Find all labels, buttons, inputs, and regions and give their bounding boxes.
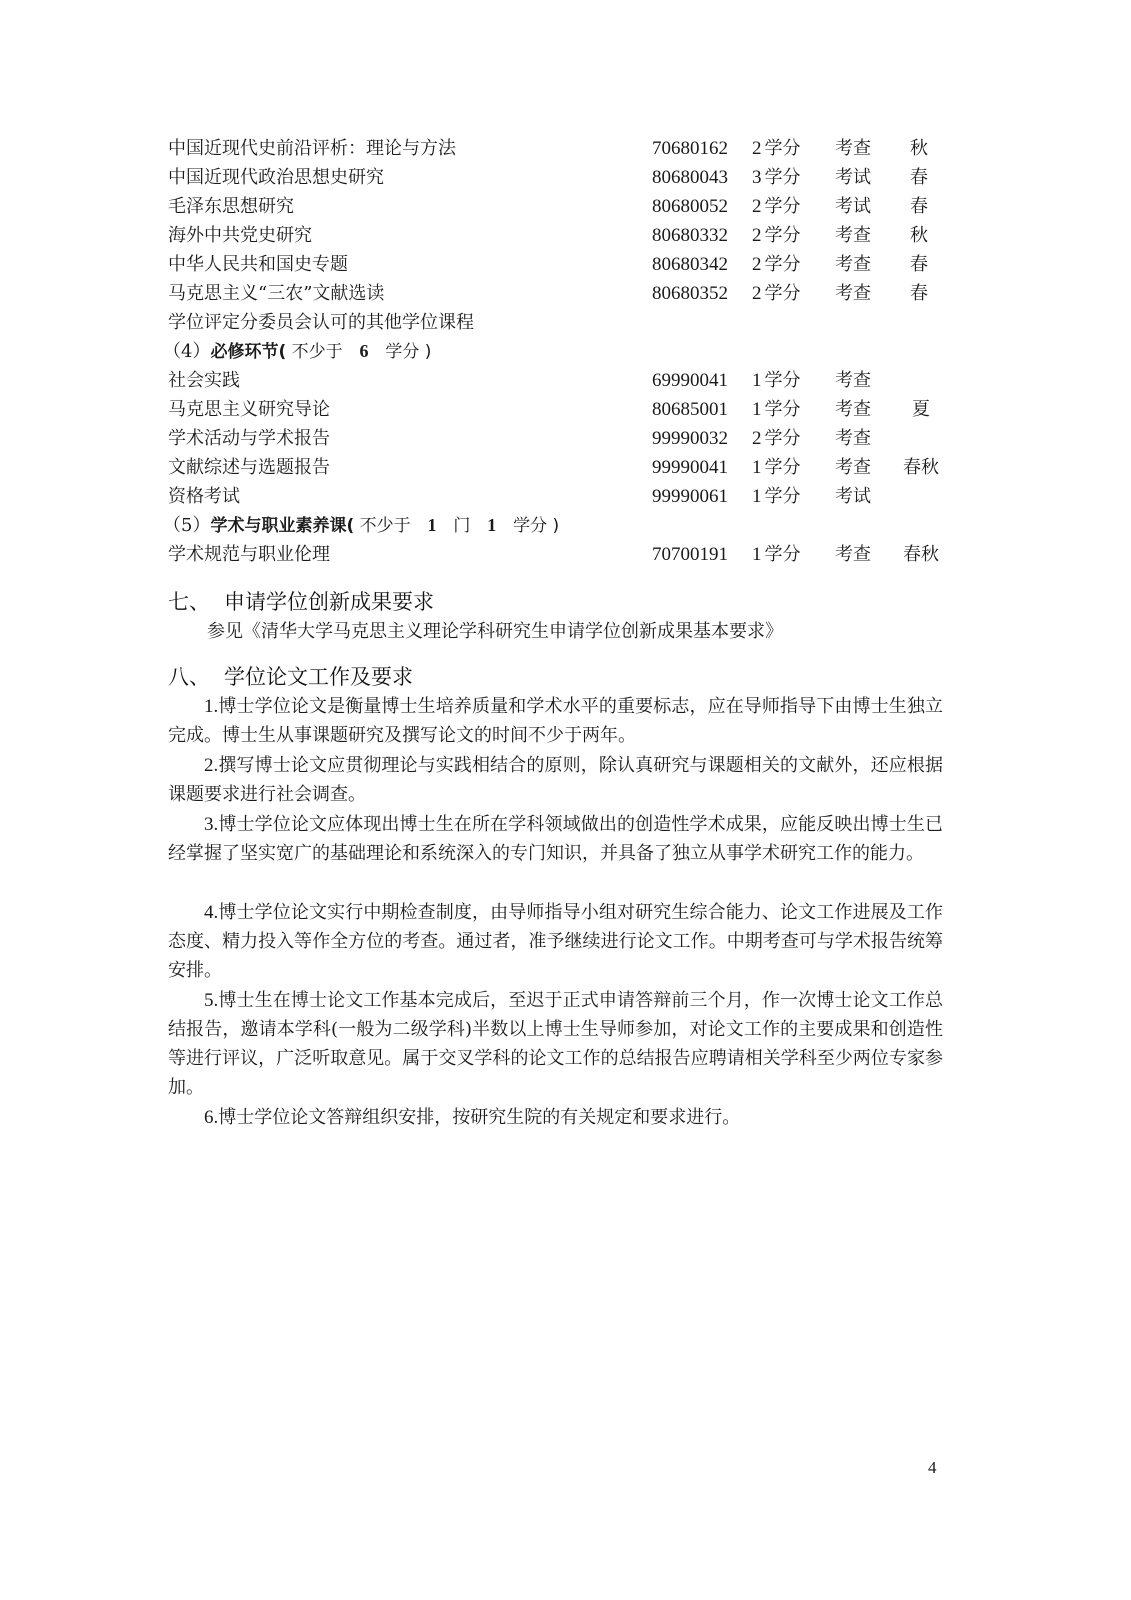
course-credits: 1学分 — [752, 482, 801, 511]
course-row: 学术活动与学术报告 99990032 2学分 考查 — [168, 424, 948, 453]
course-name: 毛泽东思想研究 — [168, 192, 294, 221]
course-credits: 2学分 — [752, 192, 801, 221]
course-season: 春秋 — [903, 453, 939, 482]
paragraph-5: 5.博士生在博士论文工作基本完成后，至迟于正式申请答辩前三个月，作一次博士论文工… — [168, 986, 943, 1102]
page-number: 4 — [928, 1458, 937, 1478]
course-exam-type: 考查 — [835, 134, 871, 163]
course-code: 99990041 — [652, 453, 728, 482]
credits-unit: 学分 — [765, 544, 801, 565]
course-code: 70700191 — [652, 540, 728, 569]
credits-unit: 学分 — [765, 196, 801, 217]
subsection-title: 学术与职业素养课( — [210, 516, 354, 536]
credits-unit: 学分 — [765, 138, 801, 159]
course-exam-type: 考查 — [835, 250, 871, 279]
paragraph-text: 博士学位论文是衡量博士生培养质量和学术水平的重要标志，应在导师指导下由博士生独立… — [168, 696, 943, 746]
course-code: 80685001 — [652, 395, 728, 424]
course-credits: 2学分 — [752, 134, 801, 163]
course-name: 中国近现代政治思想史研究 — [168, 163, 384, 192]
subsection-credit-number: 6 — [360, 341, 369, 361]
section-number: 七、 — [168, 590, 210, 614]
course-name: 社会实践 — [168, 366, 240, 395]
paragraph-4: 4.博士学位论文实行中期检查制度，由导师指导小组对研究生综合能力、论文工作进展及… — [168, 898, 943, 985]
credits-number: 2 — [752, 254, 762, 275]
subsection-unit: 学分 ) — [380, 342, 431, 362]
subsection-heading-4: （4）必修环节( 不少于 6 学分 ) — [163, 337, 431, 366]
course-row: 中国近现代政治思想史研究 80680043 3学分 考试 春 — [168, 163, 948, 192]
section-number: 八、 — [168, 665, 210, 689]
course-credits: 3学分 — [752, 163, 801, 192]
course-season: 夏 — [912, 395, 930, 424]
course-code: 70680162 — [652, 134, 728, 163]
paragraph-number: 3. — [204, 814, 218, 835]
subsection-course-count: 1 — [428, 515, 437, 535]
credits-number: 1 — [752, 457, 762, 478]
credits-unit: 学分 — [765, 457, 801, 478]
credits-number: 2 — [752, 283, 762, 304]
course-name: 学位评定分委员会认可的其他学位课程 — [168, 308, 474, 337]
paragraph-text: 博士学位论文应体现出博士生在所在学科领域做出的创造性学术成果，应能反映出博士生已… — [168, 814, 943, 864]
course-name: 海外中共党史研究 — [168, 221, 312, 250]
course-credits: 1学分 — [752, 366, 801, 395]
section-title: 学位论文工作及要求 — [224, 665, 413, 689]
course-credits: 2学分 — [752, 424, 801, 453]
course-row: 海外中共党史研究 80680332 2学分 考查 秋 — [168, 221, 948, 250]
course-row: 毛泽东思想研究 80680052 2学分 考试 春 — [168, 192, 948, 221]
course-exam-type: 考试 — [835, 163, 871, 192]
credits-number: 1 — [752, 544, 762, 565]
course-season: 春 — [910, 250, 928, 279]
section-7-reference: 参见《清华大学马克思主义理论学科研究生申请学位创新成果基本要求》 — [207, 617, 783, 646]
course-credits: 2学分 — [752, 221, 801, 250]
paragraph-number: 5. — [204, 990, 218, 1011]
course-code: 69990041 — [652, 366, 728, 395]
subsection-course-unit: 门 — [448, 516, 476, 536]
course-row: 文献综述与选题报告 99990041 1学分 考查 春秋 — [168, 453, 948, 482]
course-name: 马克思主义“三农”文献选读 — [168, 279, 384, 308]
paragraph-number: 1. — [204, 696, 218, 717]
subsection-number: （5） — [163, 515, 210, 536]
paragraph-text: 博士学位论文答辩组织安排，按研究生院的有关规定和要求进行。 — [218, 1107, 740, 1128]
paragraph-text: 博士学位论文实行中期检查制度，由导师指导小组对研究生综合能力、论文工作进展及工作… — [168, 902, 943, 981]
course-credits: 1学分 — [752, 453, 801, 482]
course-exam-type: 考查 — [835, 395, 871, 424]
course-name: 学术规范与职业伦理 — [168, 540, 330, 569]
course-name: 马克思主义研究导论 — [168, 395, 330, 424]
credits-unit: 学分 — [765, 370, 801, 391]
course-row-other: 学位评定分委员会认可的其他学位课程 — [168, 308, 948, 337]
course-row: 中华人民共和国史专题 80680342 2学分 考查 春 — [168, 250, 948, 279]
credits-number: 1 — [752, 486, 762, 507]
subsection-credit-number: 1 — [487, 515, 496, 535]
subsection-heading-5: （5）学术与职业素养课( 不少于 1 门 1 学分 ) — [163, 511, 559, 540]
course-code: 99990061 — [652, 482, 728, 511]
course-exam-type: 考查 — [835, 540, 871, 569]
course-row: 社会实践 69990041 1学分 考查 — [168, 366, 948, 395]
course-exam-type: 考试 — [835, 192, 871, 221]
course-season: 秋 — [910, 134, 928, 163]
course-season: 春 — [910, 279, 928, 308]
course-season: 春秋 — [903, 540, 939, 569]
course-season: 春 — [910, 192, 928, 221]
course-credits: 2学分 — [752, 279, 801, 308]
credits-number: 2 — [752, 225, 762, 246]
course-name: 中华人民共和国史专题 — [168, 250, 348, 279]
credits-number: 2 — [752, 196, 762, 217]
course-row: 中国近现代史前沿评析：理论与方法 70680162 2学分 考查 秋 — [168, 134, 948, 163]
section-heading-7: 七、申请学位创新成果要求 — [168, 587, 434, 617]
credits-number: 3 — [752, 167, 762, 188]
course-name: 文献综述与选题报告 — [168, 453, 330, 482]
course-name: 中国近现代史前沿评析：理论与方法 — [168, 134, 456, 163]
credits-unit: 学分 — [765, 428, 801, 449]
course-code: 80680052 — [652, 192, 728, 221]
course-exam-type: 考查 — [835, 279, 871, 308]
document-page: 中国近现代史前沿评析：理论与方法 70680162 2学分 考查 秋 中国近现代… — [0, 0, 1131, 1600]
section-title: 申请学位创新成果要求 — [224, 590, 434, 614]
paragraph-3: 3.博士学位论文应体现出博士生在所在学科领域做出的创造性学术成果，应能反映出博士… — [168, 810, 943, 868]
course-code: 80680332 — [652, 221, 728, 250]
section-heading-8: 八、学位论文工作及要求 — [168, 662, 413, 692]
course-credits: 1学分 — [752, 540, 801, 569]
course-code: 80680043 — [652, 163, 728, 192]
credits-number: 1 — [752, 399, 762, 420]
paragraph-number: 4. — [204, 902, 218, 923]
subsection-unit: 学分 ) — [508, 516, 559, 536]
course-code: 99990032 — [652, 424, 728, 453]
course-season: 秋 — [910, 221, 928, 250]
course-name: 学术活动与学术报告 — [168, 424, 330, 453]
paragraph-text: 撰写博士论文应贯彻理论与实践相结合的原则，除认真研究与课题相关的文献外，还应根据… — [168, 755, 943, 805]
course-season: 春 — [910, 163, 928, 192]
course-exam-type: 考查 — [835, 424, 871, 453]
course-code: 80680352 — [652, 279, 728, 308]
paragraph-number: 2. — [204, 755, 218, 776]
paragraph-1: 1.博士学位论文是衡量博士生培养质量和学术水平的重要标志，应在导师指导下由博士生… — [168, 692, 943, 750]
course-exam-type: 考试 — [835, 482, 871, 511]
paragraph-number: 6. — [204, 1107, 218, 1128]
course-exam-type: 考查 — [835, 366, 871, 395]
paragraph-6: 6.博士学位论文答辩组织安排，按研究生院的有关规定和要求进行。 — [168, 1103, 943, 1132]
paragraph-2: 2.撰写博士论文应贯彻理论与实践相结合的原则，除认真研究与课题相关的文献外，还应… — [168, 751, 943, 809]
credits-unit: 学分 — [765, 167, 801, 188]
credits-unit: 学分 — [765, 225, 801, 246]
course-row: 马克思主义“三农”文献选读 80680352 2学分 考查 春 — [168, 279, 948, 308]
course-row: 资格考试 99990061 1学分 考试 — [168, 482, 948, 511]
credits-number: 2 — [752, 428, 762, 449]
course-credits: 1学分 — [752, 395, 801, 424]
course-row: 学术规范与职业伦理 70700191 1学分 考查 春秋 — [168, 540, 948, 569]
course-exam-type: 考查 — [835, 453, 871, 482]
paragraph-text: 博士生在博士论文工作基本完成后，至迟于正式申请答辩前三个月，作一次博士论文工作总… — [168, 990, 943, 1098]
credits-unit: 学分 — [765, 283, 801, 304]
credits-unit: 学分 — [765, 254, 801, 275]
subsection-req-label: 不少于 — [286, 342, 348, 362]
subsection-title: 必修环节( — [210, 342, 286, 362]
course-code: 80680342 — [652, 250, 728, 279]
credits-number: 2 — [752, 138, 762, 159]
subsection-req-label: 不少于 — [354, 516, 416, 536]
course-name: 资格考试 — [168, 482, 240, 511]
course-credits: 2学分 — [752, 250, 801, 279]
credits-unit: 学分 — [765, 486, 801, 507]
credits-unit: 学分 — [765, 399, 801, 420]
course-row: 马克思主义研究导论 80685001 1学分 考查 夏 — [168, 395, 948, 424]
subsection-number: （4） — [163, 341, 210, 362]
credits-number: 1 — [752, 370, 762, 391]
course-exam-type: 考查 — [835, 221, 871, 250]
